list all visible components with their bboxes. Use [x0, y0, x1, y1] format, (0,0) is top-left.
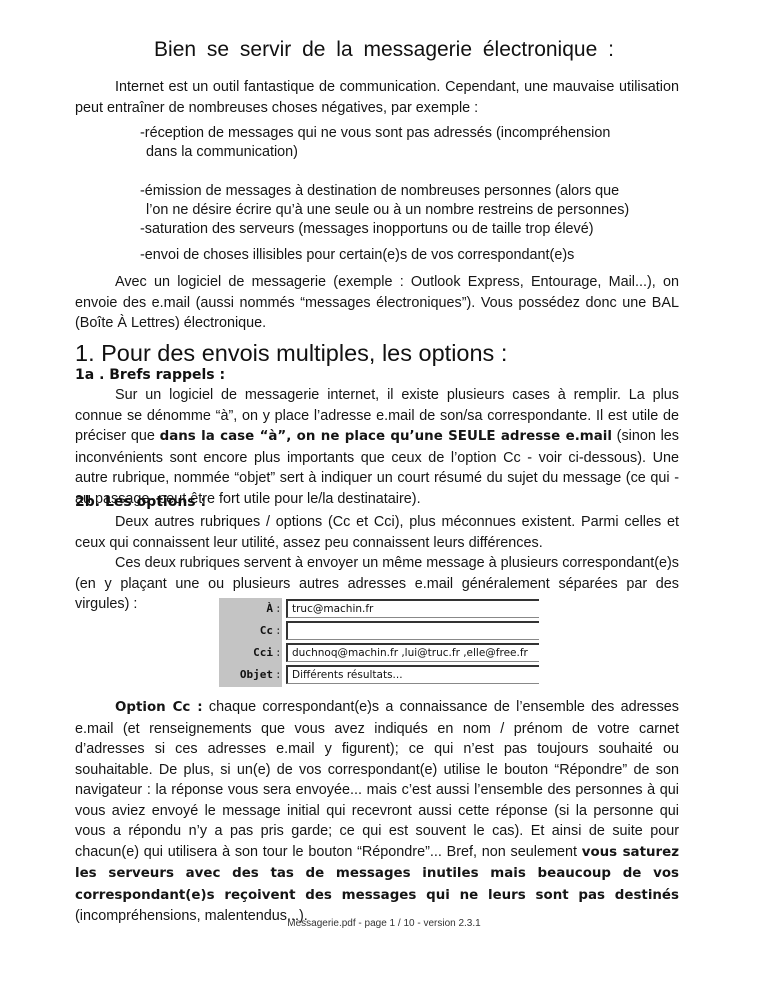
cc-label: Cc: [219, 621, 273, 641]
bcc-field: duchnoq@machin.fr ,lui@truc.fr ,elle@fre…: [286, 643, 539, 662]
to-field: truc@machin.fr: [286, 599, 539, 618]
list-item: -réception de messages qui ne vous sont …: [140, 124, 679, 162]
form-row-cc: Cc :: [219, 621, 539, 641]
list-item: -envoi de choses illisibles pour certain…: [140, 246, 679, 265]
list-item-text-continued: l’on ne désire écrire qu’à une seule ou …: [140, 201, 679, 220]
list-item-text: -réception de messages qui ne vous sont …: [140, 125, 610, 141]
form-row-bcc: Cci : duchnoq@machin.fr ,lui@truc.fr ,el…: [219, 643, 539, 663]
reminders-paragraph: Sur un logiciel de messagerie internet, …: [75, 385, 679, 509]
email-header-form-image: À : truc@machin.fr Cc : Cci : duchnoq@ma…: [219, 598, 539, 687]
list-item: -saturation des serveurs (messages inopp…: [140, 220, 679, 239]
page-footer: Messagerie.pdf - page 1 / 10 - version 2…: [0, 918, 768, 929]
option-cc-paragraph: Option Cc : chaque correspondant(e)s a c…: [75, 697, 679, 927]
option-cc-label: Option Cc :: [115, 700, 203, 715]
form-row-to: À : truc@machin.fr: [219, 599, 539, 619]
section-heading: 1. Pour des envois multiples, les option…: [75, 340, 507, 367]
to-label: À: [219, 599, 273, 619]
intro-paragraph: Internet est un outil fantastique de com…: [75, 77, 679, 118]
list-item: -émission de messages à destination de n…: [140, 182, 679, 220]
subsection-heading: 1a . Brefs rappels :: [75, 367, 225, 383]
colon: :: [275, 621, 282, 641]
colon: :: [275, 599, 282, 619]
bcc-label: Cci: [219, 643, 273, 663]
list-item-text-continued: dans la communication): [140, 143, 679, 162]
options-paragraph-1: Deux autres rubriques / options (Cc et C…: [75, 512, 679, 553]
colon: :: [275, 665, 282, 685]
emphasis-text: dans la case “à”, on ne place qu’une SEU…: [160, 429, 612, 444]
software-paragraph: Avec un logiciel de messagerie (exemple …: [75, 272, 679, 334]
paragraph-text: chaque correspondant(e)s a connaissance …: [75, 699, 679, 860]
subject-field: Différents résultats...: [286, 665, 539, 684]
colon: :: [275, 643, 282, 663]
subsection-heading: 2b. Les options :: [75, 494, 206, 510]
document-page: Bien se servir de la messagerie électron…: [0, 0, 768, 994]
document-title: Bien se servir de la messagerie électron…: [0, 38, 768, 62]
list-item-text: -émission de messages à destination de n…: [140, 183, 619, 199]
cc-field: [286, 621, 539, 640]
form-row-subject: Objet : Différents résultats...: [219, 665, 539, 685]
subject-label: Objet: [219, 665, 273, 685]
